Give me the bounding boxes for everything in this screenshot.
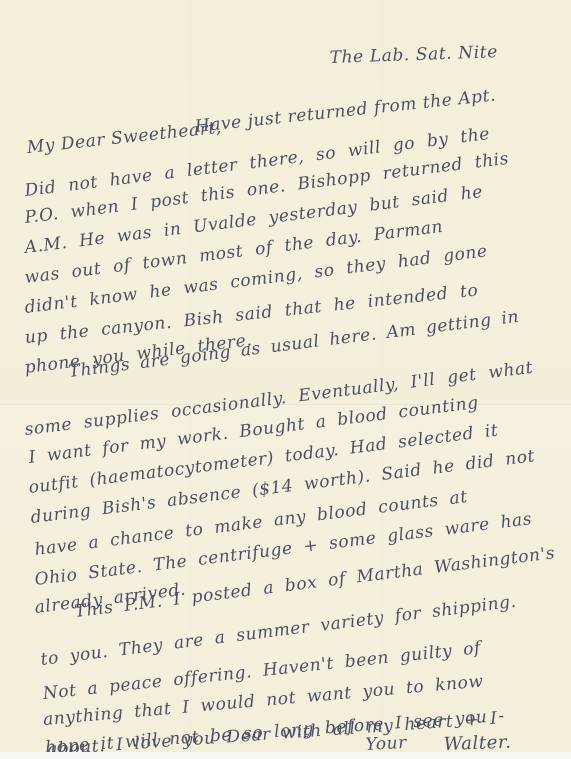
letter-closing: Your (365, 733, 407, 752)
letter-page: The Lab. Sat. Nite My Dear Sweetheart, H… (0, 0, 571, 752)
letter-heading: The Lab. Sat. Nite (329, 42, 498, 68)
letter-salutation: My Dear Sweetheart, (26, 118, 223, 158)
scan-bottom-edge (0, 752, 571, 759)
letter-signature: Walter. (443, 732, 512, 752)
